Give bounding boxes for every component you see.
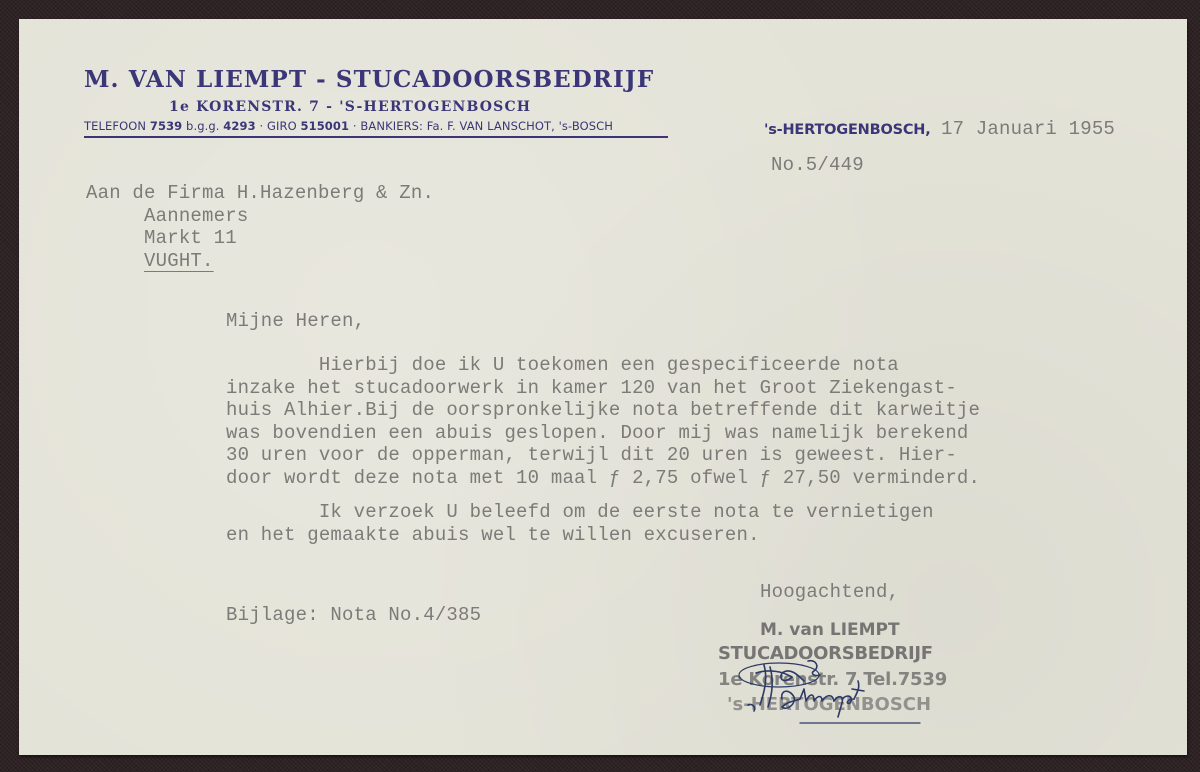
letterhead-address: 1e KORENSTR. 7 - 'S-HERTOGENBOSCH [169, 99, 531, 115]
recipient-city: VUGHT. [144, 250, 214, 272]
recipient-line-2: Aannemers [86, 205, 434, 228]
paragraph-2: Ik verzoek U beleefd om de eerste nota t… [226, 501, 934, 546]
paragraph-line: huis Alhier.Bij de oorspronkelijke nota … [226, 399, 980, 422]
telefoon-label: TELEFOON [84, 119, 146, 133]
letterhead-rule [84, 136, 668, 138]
bgg-number: 4293 [223, 119, 255, 133]
salutation: Mijne Heren, [226, 310, 365, 333]
giro-label: GIRO [267, 119, 297, 133]
bankiers: BANKIERS: Fa. F. VAN LANSCHOT, 's-BOSCH [360, 119, 613, 133]
paragraph-line: Ik verzoek U beleefd om de eerste nota t… [226, 501, 934, 524]
paragraph-line: Hierbij doe ik U toekomen een gespecific… [226, 354, 980, 377]
letter-date: 17 Januari 1955 [941, 118, 1115, 141]
paragraph-line: door wordt deze nota met 10 maal ƒ 2,75 … [226, 467, 980, 490]
letterhead-city: 's-HERTOGENBOSCH, [764, 122, 931, 138]
paragraph-line: inzake het stucadoorwerk in kamer 120 va… [226, 377, 980, 400]
paragraph-line: was bovendien een abuis geslopen. Door m… [226, 422, 980, 445]
letterhead-company: M. VAN LIEMPT - STUCADOORSBEDRIJF [84, 66, 654, 93]
enclosure-note: Bijlage: Nota No.4/385 [226, 604, 481, 627]
paragraph-1: Hierbij doe ik U toekomen een gespecific… [226, 354, 980, 489]
signature-icon [734, 659, 924, 739]
letter-reference: No.5/449 [771, 154, 864, 177]
recipient-line-1: Aan de Firma H.Hazenberg & Zn. [86, 182, 434, 205]
bgg-label: b.g.g. [186, 119, 219, 133]
letterhead-contact: TELEFOON 7539 b.g.g. 4293 · GIRO 515001 … [84, 119, 613, 133]
giro-number: 515001 [301, 119, 350, 133]
recipient-address: Aan de Firma H.Hazenberg & Zn. Aannemers… [86, 182, 434, 272]
stamp-name: M. van LIEMPT [760, 620, 900, 640]
letter-page: M. VAN LIEMPT - STUCADOORSBEDRIJF 1e KOR… [19, 19, 1187, 755]
telefoon-number: 7539 [150, 119, 182, 133]
paragraph-line: 30 uren voor de opperman, terwijl dit 20… [226, 444, 980, 467]
paragraph-line: en het gemaakte abuis wel te willen excu… [226, 524, 934, 547]
separator: · [259, 119, 267, 133]
recipient-line-3: Markt 11 [86, 227, 434, 250]
closing: Hoogachtend, [760, 581, 899, 604]
